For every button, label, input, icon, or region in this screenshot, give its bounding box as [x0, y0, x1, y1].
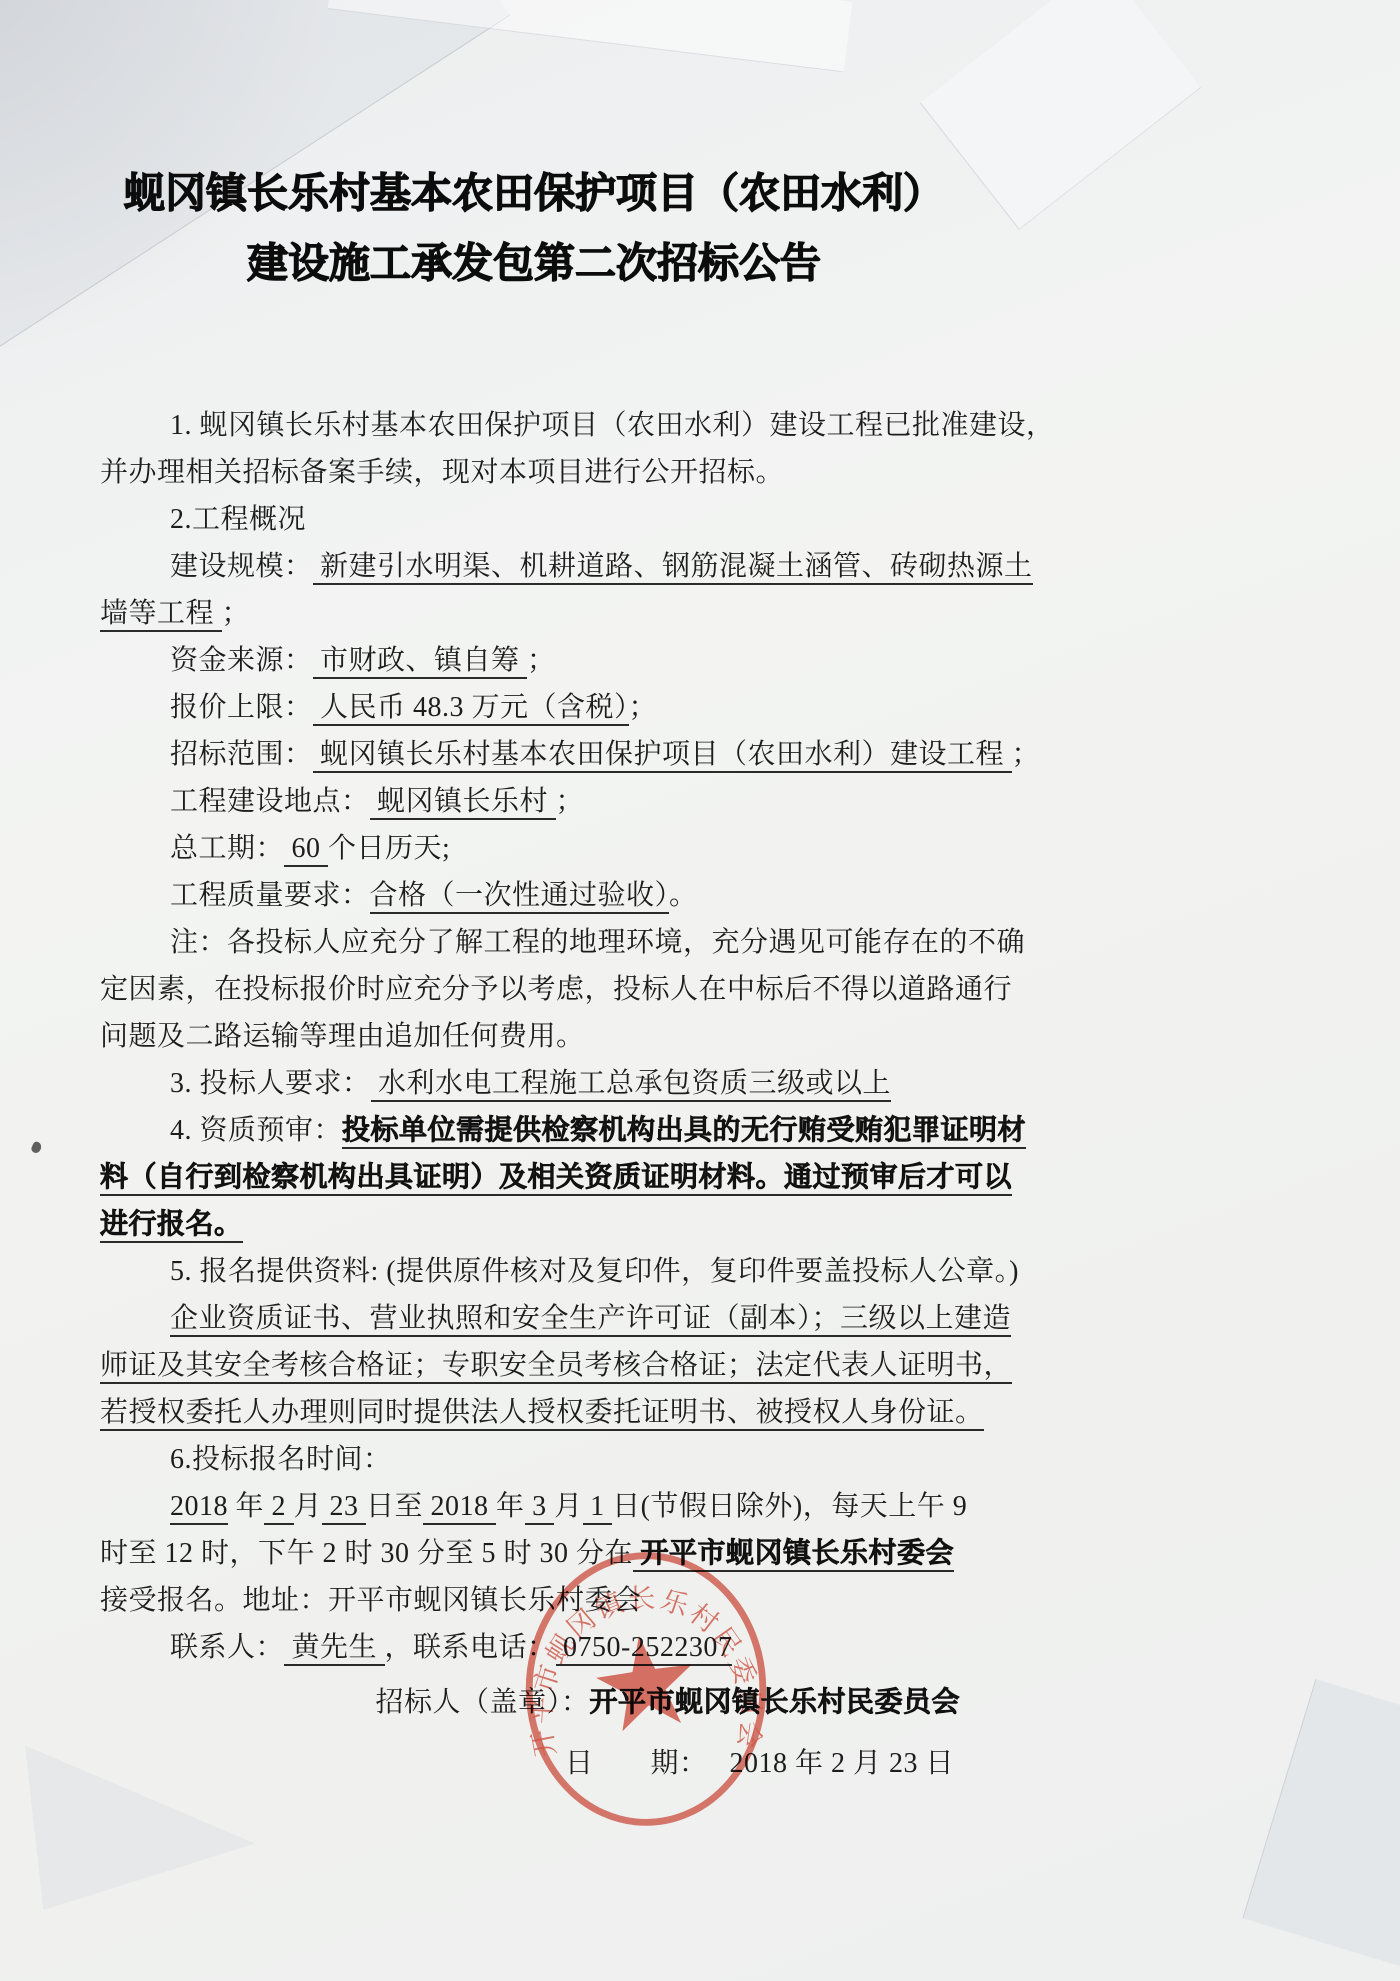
text-segment: 市财政、镇自筹 — [313, 645, 528, 679]
text-line: 招标范围： 蚬冈镇长乐村基本农田保护项目（农田水利）建设工程 ； — [100, 731, 968, 778]
text-segment: 开平市蚬冈镇长乐村委会 — [633, 1538, 954, 1572]
text-segment: 开平市蚬冈镇长乐村民委员会 — [589, 1687, 960, 1718]
text-segment: 年 — [496, 1491, 525, 1522]
text-segment: ； — [222, 598, 251, 629]
text-segment: 日 期： 2018 年 2 月 23 日 — [565, 1748, 954, 1779]
text-line: 时至 12 时，下午 2 时 30 分至 5 时 30 分在 开平市蚬冈镇长乐村… — [100, 1530, 968, 1577]
text-segment: 月 — [294, 1491, 323, 1522]
text-line: 企业资质证书、营业执照和安全生产许可证（副本）；三级以上建造 — [100, 1295, 968, 1342]
text-segment: 进行报名。 — [100, 1209, 243, 1243]
document-title-line-2: 建设施工承发包第二次招标公告 — [100, 228, 968, 298]
text-segment: 师证及其安全考核合格证；专职安全员考核合格证；法定代表人证明书， — [100, 1350, 1012, 1384]
text-segment: 时至 12 时，下午 2 时 30 分至 5 时 30 分在 — [100, 1538, 633, 1569]
text-segment: 2018 — [170, 1491, 228, 1525]
text-segment: 建设规模： — [170, 551, 313, 582]
text-line: 接受报名。地址：开平市蚬冈镇长乐村委会 — [100, 1577, 968, 1624]
text-segment: 总工期： — [170, 833, 284, 864]
text-segment: 。 — [669, 880, 698, 911]
text-line: 3. 投标人要求： 水利水电工程施工总承包资质三级或以上 — [100, 1060, 968, 1107]
text-line: 4. 资质预审：投标单位需提供检察机构出具的无行贿受贿犯罪证明材 — [100, 1107, 968, 1154]
text-segment: 黄先生 — [284, 1632, 385, 1666]
text-segment: 0750-2522307 — [556, 1632, 733, 1666]
text-line: 资金来源： 市财政、镇自筹 ； — [100, 637, 968, 684]
text-line: 联系人： 黄先生 ，联系电话： 0750-2522307 — [100, 1624, 968, 1671]
text-segment: ； — [1012, 739, 1041, 770]
text-segment: 日至 — [366, 1491, 423, 1522]
text-segment: 月 — [554, 1491, 583, 1522]
text-segment: 23 — [322, 1491, 366, 1525]
text-segment: 定因素，在投标报价时应充分予以考虑，投标人在中标后不得以道路通行 — [100, 974, 1012, 1005]
text-line: 料（自行到检察机构出具证明）及相关资质证明材料。通过预审后才可以 — [100, 1154, 968, 1201]
text-line: 总工期： 60 个日历天; — [100, 825, 968, 872]
text-segment: 合格（一次性通过验收） — [370, 880, 670, 914]
text-segment: 2.工程概况 — [170, 504, 306, 535]
text-line: 问题及二路运输等理由追加任何费用。 — [100, 1013, 968, 1060]
ink-speck — [30, 1141, 43, 1155]
text-segment: 2 — [264, 1491, 294, 1525]
text-segment: 3 — [525, 1491, 555, 1525]
text-line: 6.投标报名时间： — [100, 1436, 968, 1483]
text-segment: ； — [556, 786, 585, 817]
text-segment: 投标单位需提供检察机构出具的无行贿受贿犯罪证明材 — [342, 1115, 1026, 1149]
text-line: 注：各投标人应充分了解工程的地理环境，充分遇见可能存在的不确 — [100, 919, 968, 966]
text-line: 2.工程概况 — [100, 496, 968, 543]
scanned-document-page: 蚬冈镇长乐村基本农田保护项目（农田水利） 建设施工承发包第二次招标公告 1. 蚬… — [0, 0, 1400, 1981]
text-segment: ； — [629, 692, 658, 723]
text-segment: 年 — [228, 1491, 264, 1522]
text-segment: 日(节假日除外)，每天上午 9 — [612, 1491, 967, 1522]
text-line: 2018 年 2 月 23 日至 2018 年 3 月 1 日(节假日除外)，每… — [100, 1483, 968, 1530]
text-segment: 人民币 48.3 万元（含税） — [313, 692, 629, 726]
text-segment: ； — [527, 645, 556, 676]
text-line: 5. 报名提供资料: (提供原件核对及复印件，复印件要盖投标人公章。) — [100, 1248, 968, 1295]
text-segment: 企业资质证书、营业执照和安全生产许可证（副本）；三级以上建造 — [170, 1303, 1011, 1337]
text-line: 并办理相关招标备案手续，现对本项目进行公开招标。 — [100, 449, 968, 496]
text-segment: 若授权委托人办理则同时提供法人授权委托证明书、被授权人身份证。 — [100, 1397, 984, 1431]
text-segment: 1. 蚬冈镇长乐村基本农田保护项目（农田水利）建设工程已批准建设， — [170, 410, 1055, 441]
text-line: 工程质量要求：合格（一次性通过验收）。 — [100, 872, 968, 919]
text-segment: 个日历天; — [328, 833, 450, 864]
text-segment: 蚬冈镇长乐村基本农田保护项目（农田水利）建设工程 — [313, 739, 1012, 773]
text-segment: 注：各投标人应充分了解工程的地理环境，充分遇见可能存在的不确 — [170, 927, 1025, 958]
text-segment: 60 — [284, 833, 328, 867]
text-line: 日 期： 2018 年 2 月 23 日 — [100, 1740, 968, 1787]
text-segment: 报价上限： — [170, 692, 313, 723]
text-segment: 工程建设地点： — [170, 786, 370, 817]
text-line: 1. 蚬冈镇长乐村基本农田保护项目（农田水利）建设工程已批准建设， — [100, 402, 968, 449]
text-segment: 联系人： — [170, 1632, 284, 1663]
text-line: 墙等工程 ； — [100, 590, 968, 637]
tape-mark-top-edge — [328, 0, 853, 72]
text-segment: 料（自行到检察机构出具证明）及相关资质证明材料。通过预审后才可以 — [100, 1162, 1012, 1196]
text-line: 建设规模： 新建引水明渠、机耕道路、钢筋混凝土涵管、砖砌热源土 — [100, 543, 968, 590]
text-segment: 招标人（盖章）： — [375, 1687, 589, 1718]
text-segment: ，联系电话： — [385, 1632, 556, 1663]
tape-mark-bottom-right — [1242, 1679, 1400, 1971]
text-line: 招标人（盖章）：开平市蚬冈镇长乐村民委员会 — [100, 1679, 968, 1726]
text-segment: 接受报名。地址：开平市蚬冈镇长乐村委会 — [100, 1585, 642, 1616]
text-line: 工程建设地点： 蚬冈镇长乐村 ； — [100, 778, 968, 825]
text-segment: 6.投标报名时间： — [170, 1444, 392, 1475]
text-segment: 4. 资质预审： — [170, 1115, 342, 1146]
text-segment: 并办理相关招标备案手续，现对本项目进行公开招标。 — [100, 457, 784, 488]
text-line: 若授权委托人办理则同时提供法人授权委托证明书、被授权人身份证。 — [100, 1389, 968, 1436]
text-segment: 2018 — [423, 1491, 496, 1525]
text-segment: 招标范围： — [170, 739, 313, 770]
text-segment: 3. 投标人要求： — [170, 1068, 371, 1099]
text-line: 定因素，在投标报价时应充分予以考虑，投标人在中标后不得以道路通行 — [100, 966, 968, 1013]
text-segment: 蚬冈镇长乐村 — [370, 786, 556, 820]
text-line: 师证及其安全考核合格证；专职安全员考核合格证；法定代表人证明书， — [100, 1342, 968, 1389]
document-body: 1. 蚬冈镇长乐村基本农田保护项目（农田水利）建设工程已批准建设，并办理相关招标… — [100, 402, 968, 1787]
document-title-line-1: 蚬冈镇长乐村基本农田保护项目（农田水利） — [100, 158, 968, 228]
text-segment: 工程质量要求： — [170, 880, 370, 911]
text-segment: 水利水电工程施工总承包资质三级或以上 — [371, 1068, 892, 1102]
text-segment: 墙等工程 — [100, 598, 222, 632]
text-line: 报价上限： 人民币 48.3 万元（含税）； — [100, 684, 968, 731]
text-segment: 资金来源： — [170, 645, 313, 676]
text-line: 进行报名。 — [100, 1201, 968, 1248]
text-segment: 新建引水明渠、机耕道路、钢筋混凝土涵管、砖砌热源土 — [313, 551, 1033, 585]
text-segment: 1 — [583, 1491, 613, 1525]
document-title: 蚬冈镇长乐村基本农田保护项目（农田水利） 建设施工承发包第二次招标公告 — [100, 158, 968, 298]
text-segment: 问题及二路运输等理由追加任何费用。 — [100, 1021, 585, 1052]
text-segment: 5. 报名提供资料: (提供原件核对及复印件，复印件要盖投标人公章。) — [170, 1256, 1019, 1287]
